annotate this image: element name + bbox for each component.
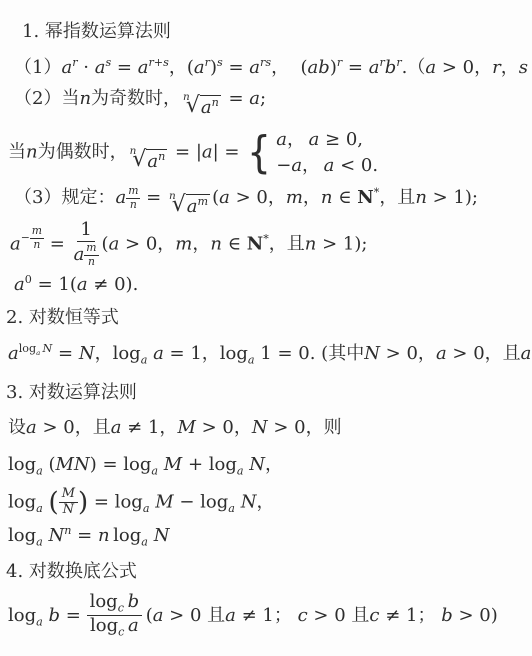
formula-rational-exponent: （3）规定：amn = n√am(a > 0，m，n ∈ N*，且n > 1); (14, 185, 532, 218)
formula-log-power: loga Nn = n loga N (8, 524, 532, 550)
section-heading-3: 3. 对数运算法则 (6, 381, 532, 404)
formula-log-conditions: 设a > 0，且a ≠ 1，M > 0，N > 0，则 (8, 416, 532, 439)
section-heading-4: 4. 对数换底公式 (6, 560, 532, 583)
formula-log-identity: aloga N = N，loga a = 1，loga 1 = 0. (其中N … (8, 342, 532, 368)
formula-odd-root: （2）当n为奇数时，n√an = a; (14, 87, 532, 119)
document-page: 1. 幂指数运算法则 （1）ar · as = ar+s，(ar)s = ars… (0, 0, 532, 656)
formula-even-root-cases: 当n为偶数时，n√an = |a| = {a， a ≥ 0,−a， a < 0. (8, 128, 532, 177)
formula-change-of-base: loga b = logc blogc a (a > 0 且a ≠ 1； c >… (8, 592, 532, 640)
formula-exponent-laws: （1）ar · as = ar+s，(ar)s = ars， (ab)r = a… (14, 56, 532, 79)
formula-log-quotient: loga (MN) = loga M − loga N， (8, 487, 532, 518)
section-heading-1: 1. 幂指数运算法则 (22, 20, 532, 43)
section-heading-2: 2. 对数恒等式 (6, 306, 532, 329)
formula-log-product: loga (MN) = loga M + loga N， (8, 453, 532, 479)
formula-negative-rational-exponent: a−mn = 1amn(a > 0，m，n ∈ N*，且n > 1); (10, 220, 532, 269)
formula-zero-exponent: a0 = 1(a ≠ 0). (14, 273, 532, 296)
